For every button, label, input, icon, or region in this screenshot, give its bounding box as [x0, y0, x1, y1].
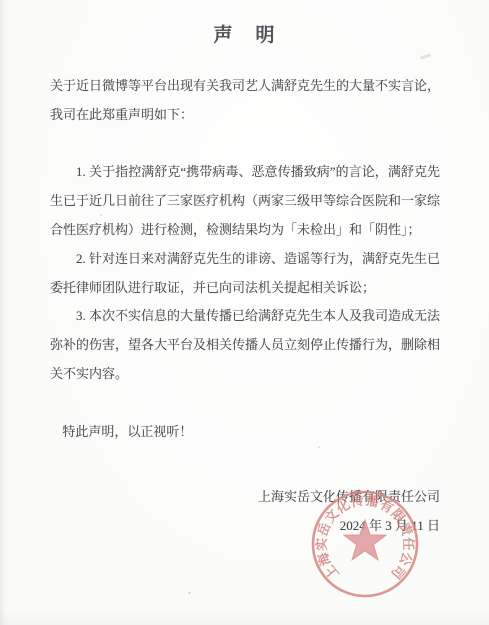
scan-speck — [100, 214, 102, 216]
document-body: 声 明 关于近日微博等平台出现有关我司艺人满舒克先生的大量不实言论，我司在此郑重… — [50, 0, 440, 541]
document-title: 声 明 — [50, 24, 440, 48]
statement-point-3: 3. 本次不实信息的大量传播已给满舒克先生本人及我司造成无法弥补的伤害，望各大平… — [50, 302, 440, 388]
intro-paragraph: 关于近日微博等平台出现有关我司艺人满舒克先生的大量不实言论，我司在此郑重声明如下… — [50, 72, 440, 130]
closing-line: 特此声明，以正视听！ — [50, 418, 440, 447]
statement-document-page: 声 明 关于近日微博等平台出现有关我司艺人满舒克先生的大量不实言论，我司在此郑重… — [0, 0, 489, 625]
scan-speck — [188, 592, 191, 594]
signature-block: 上海实岳文化传播有限责任公司 2024 年 3 月 11 日 — [50, 483, 440, 541]
statement-point-2: 2. 针对连日来对满舒克先生的诽谤、造谣等行为，满舒克先生已委托律师团队进行取证… — [50, 245, 440, 303]
company-name: 上海实岳文化传播有限责任公司 — [50, 483, 440, 512]
signature-date: 2024 年 3 月 11 日 — [50, 512, 440, 541]
scan-speck — [318, 446, 320, 448]
statement-point-1: 1. 关于指控满舒克“携带病毒、恶意传播致病”的言论，满舒克先生已于近几日前往了… — [50, 158, 440, 244]
